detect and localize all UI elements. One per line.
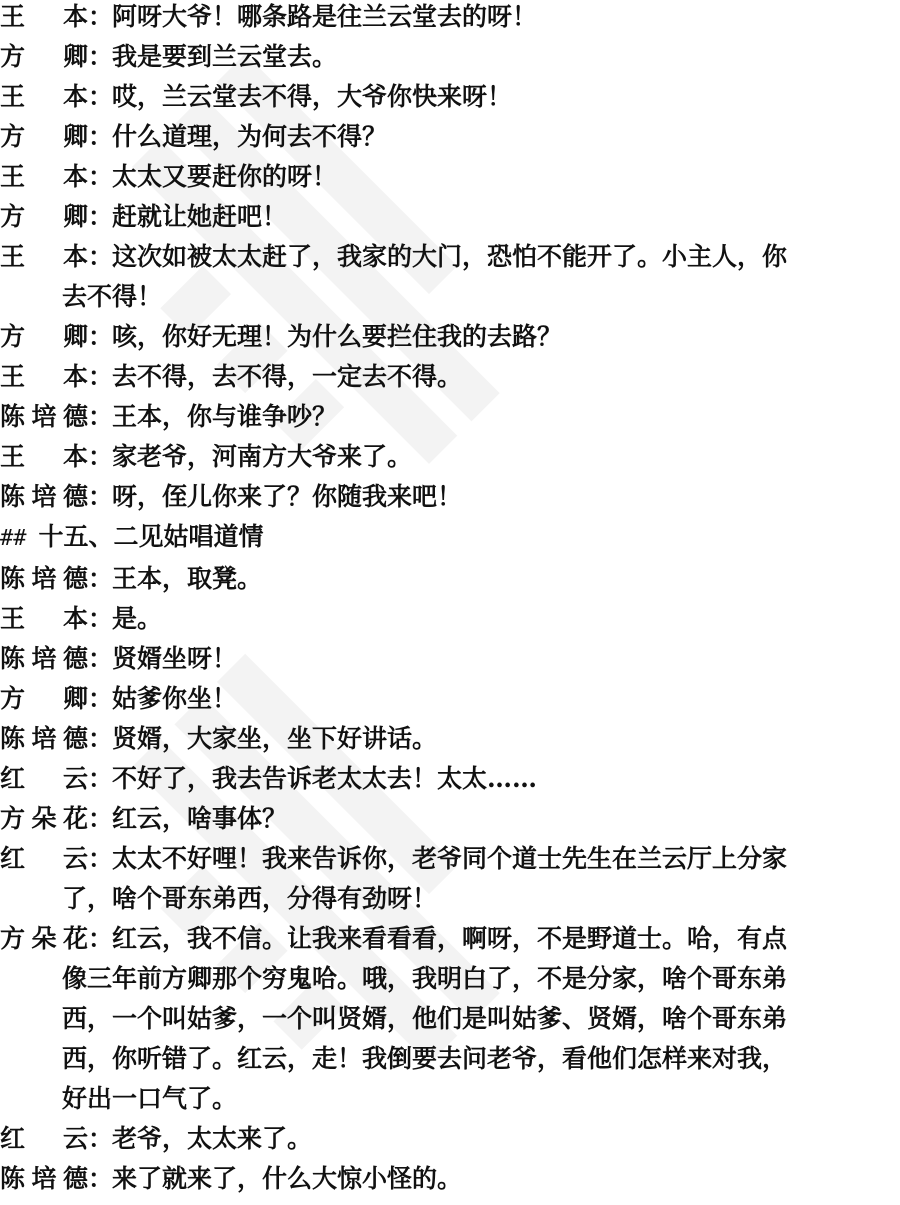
- dialogue-line: 方卿：我是要到兰云堂去。: [0, 37, 872, 77]
- section-heading: ##十五、二见姑唱道情: [0, 517, 900, 559]
- dialogue-text: 太太不好哩！我来告诉你，老爷同个道士先生在兰云厅上分家: [112, 844, 787, 873]
- dialogue-text: 贤婿坐呀！: [112, 644, 237, 673]
- speaker-name: 方朵花: [0, 799, 88, 839]
- script-document: 王本：阿呀大爷！哪条路是往兰云堂去的呀！ 方卿：我是要到兰云堂去。 王本：哎，兰…: [0, 0, 900, 1199]
- dialogue-text: 来了就来了，什么大惊小怪的。: [112, 1164, 462, 1193]
- dialogue-line: 陈培德：王本，你与谁争吵？: [0, 397, 872, 437]
- dialogue-line: 方卿：咳，你好无理！为什么要拦住我的去路？: [0, 317, 872, 357]
- dialogue-text: 王本，取凳。: [112, 564, 262, 593]
- dialogue-line: 方卿：赶就让她赶吧！: [0, 197, 872, 237]
- heading-marker: ##: [0, 526, 27, 551]
- dialogue-line: 方卿：什么道理，为何去不得？: [0, 117, 872, 157]
- speaker-name: 王本: [0, 237, 88, 277]
- speaker-name: 陈培德: [0, 639, 88, 679]
- dialogue-line: 王本：去不得，去不得，一定去不得。: [0, 357, 872, 397]
- dialogue-text: 什么道理，为何去不得？: [112, 122, 387, 151]
- speaker-name: 王本: [0, 0, 88, 37]
- dialogue-continuation: 好出一口气了。: [0, 1079, 872, 1119]
- dialogue-line: 陈培德：来了就来了，什么大惊小怪的。: [0, 1159, 872, 1199]
- dialogue-text: 太太又要赶你的呀！: [112, 162, 337, 191]
- dialogue-text: 赶就让她赶吧！: [112, 202, 287, 231]
- dialogue-line: 红云：太太不好哩！我来告诉你，老爷同个道士先生在兰云厅上分家: [0, 839, 872, 879]
- speaker-name: 方卿: [0, 317, 88, 357]
- dialogue-line: 王本：哎，兰云堂去不得，大爷你快来呀！: [0, 77, 872, 117]
- dialogue-text: 贤婿，大家坐，坐下好讲话。: [112, 724, 437, 753]
- speaker-name: 王本: [0, 357, 88, 397]
- speaker-name: 陈培德: [0, 559, 88, 599]
- dialogue-line: 方朵花：红云，我不信。让我来看看看，啊呀，不是野道士。哈，有点: [0, 919, 872, 959]
- speaker-name: 方朵花: [0, 919, 88, 959]
- dialogue-text: 去不得，去不得，一定去不得。: [112, 362, 462, 391]
- speaker-name: 方卿: [0, 37, 88, 77]
- dialogue-line: 王本：家老爷，河南方大爷来了。: [0, 437, 872, 477]
- dialogue-continuation: 西，你听错了。红云，走！我倒要去问老爷，看他们怎样来对我，: [0, 1039, 872, 1079]
- dialogue-continuation: 去不得！: [0, 277, 872, 317]
- dialogue-line: 红云：老爷，太太来了。: [0, 1119, 872, 1159]
- speaker-name: 方卿: [0, 117, 88, 157]
- speaker-name: 王本: [0, 599, 88, 639]
- dialogue-text: 我是要到兰云堂去。: [112, 42, 337, 71]
- speaker-name: 陈培德: [0, 719, 88, 759]
- dialogue-line: 王本：这次如被太太赶了，我家的大门，恐怕不能开了。小主人，你: [0, 237, 872, 277]
- speaker-name: 王本: [0, 77, 88, 117]
- speaker-name: 陈培德: [0, 397, 88, 437]
- dialogue-continuation: 像三年前方卿那个穷鬼哈。哦，我明白了，不是分家，啥个哥东弟: [0, 959, 872, 999]
- dialogue-text: 阿呀大爷！哪条路是往兰云堂去的呀！: [112, 2, 537, 31]
- speaker-name: 王本: [0, 157, 88, 197]
- dialogue-line: 方朵花：红云，啥事体？: [0, 799, 872, 839]
- speaker-name: 陈培德: [0, 1159, 88, 1199]
- dialogue-continuation: 了，啥个哥东弟西，分得有劲呀！: [0, 879, 872, 919]
- dialogue-text: 姑爹你坐！: [112, 684, 237, 713]
- speaker-name: 红云: [0, 759, 88, 799]
- dialogue-text: 咳，你好无理！为什么要拦住我的去路？: [112, 322, 562, 351]
- speaker-name: 方卿: [0, 679, 88, 719]
- dialogue-text: 这次如被太太赶了，我家的大门，恐怕不能开了。小主人，你: [112, 242, 787, 271]
- dialogue-line: 方卿：姑爹你坐！: [0, 679, 872, 719]
- section-title: 十五、二见姑唱道情: [39, 522, 264, 551]
- dialogue-text: 呀，侄儿你来了？你随我来吧！: [112, 482, 462, 511]
- speaker-name: 王本: [0, 437, 88, 477]
- speaker-name: 红云: [0, 839, 88, 879]
- dialogue-text: 王本，你与谁争吵？: [112, 402, 337, 431]
- dialogue-text: 家老爷，河南方大爷来了。: [112, 442, 412, 471]
- dialogue-line: 陈培德：王本，取凳。: [0, 559, 872, 599]
- dialogue-line: 王本：是。: [0, 599, 872, 639]
- dialogue-line: 王本：阿呀大爷！哪条路是往兰云堂去的呀！: [0, 0, 872, 37]
- speaker-name: 陈培德: [0, 477, 88, 517]
- dialogue-line: 王本：太太又要赶你的呀！: [0, 157, 872, 197]
- dialogue-line: 陈培德：贤婿，大家坐，坐下好讲话。: [0, 719, 872, 759]
- speaker-name: 方卿: [0, 197, 88, 237]
- dialogue-line: 陈培德：呀，侄儿你来了？你随我来吧！: [0, 477, 872, 517]
- dialogue-text: 红云，啥事体？: [112, 804, 287, 833]
- dialogue-text: 红云，我不信。让我来看看看，啊呀，不是野道士。哈，有点: [112, 924, 787, 953]
- dialogue-text: 老爷，太太来了。: [112, 1124, 312, 1153]
- dialogue-text: 哎，兰云堂去不得，大爷你快来呀！: [112, 82, 512, 111]
- dialogue-text: 是。: [112, 604, 162, 633]
- dialogue-line: 陈培德：贤婿坐呀！: [0, 639, 872, 679]
- dialogue-text: 不好了，我去告诉老太太去！太太……: [112, 764, 537, 793]
- speaker-name: 红云: [0, 1119, 88, 1159]
- dialogue-line: 红云：不好了，我去告诉老太太去！太太……: [0, 759, 872, 799]
- dialogue-continuation: 西，一个叫姑爹，一个叫贤婿，他们是叫姑爹、贤婿，啥个哥东弟: [0, 999, 872, 1039]
